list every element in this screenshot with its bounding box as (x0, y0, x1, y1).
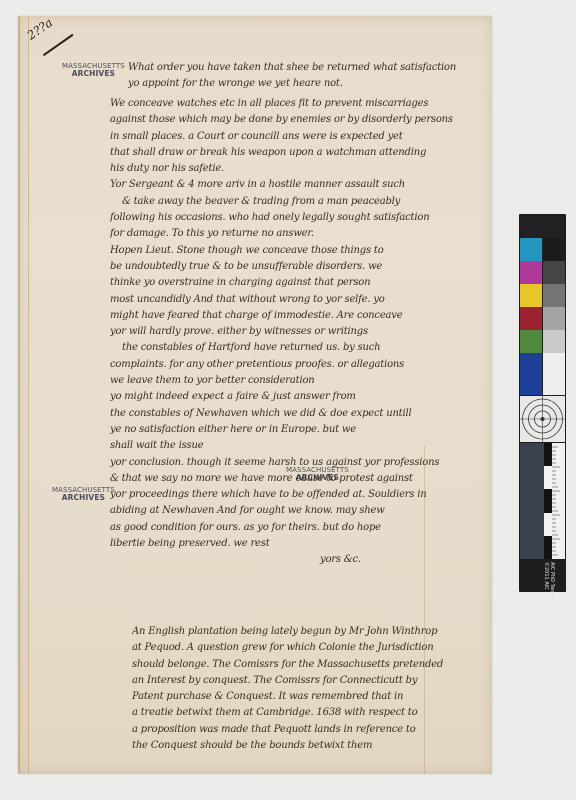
text-line: Yor Sergeant & 4 more ariv in a hostile … (110, 177, 485, 193)
gray-swatch-5 (543, 330, 565, 353)
text-line: an Interest by conquest. The Comissrs fo… (132, 673, 480, 689)
checker-scale (544, 443, 552, 559)
text-line: at Pequod. A question grew for which Col… (132, 640, 480, 656)
card-header-block (521, 216, 564, 238)
text-line: against those which may be done by enemi… (110, 112, 485, 128)
text-line: we leave them to yor better consideratio… (110, 373, 485, 389)
letter-body-continued: We conceave watches etc in all places fi… (110, 96, 485, 569)
text-line: Patent purchase & Conquest. It was remem… (132, 689, 480, 705)
color-calibration-target: AIC PhD Target ©2011 AIC (519, 214, 566, 592)
stamp-line2: ARCHIVES (62, 70, 125, 78)
text-line: a proposition was made that Pequott land… (132, 722, 480, 738)
text-line: libertie being preserved. we rest (110, 536, 485, 552)
mm-ruler (552, 443, 565, 559)
text-line: & take away the beaver & trading from a … (110, 194, 485, 210)
target-label-line1: AIC PhD Target (549, 562, 555, 599)
text-line: a treatie betwixt them at Cambridge. 163… (132, 705, 480, 721)
target-label: AIC PhD Target ©2011 AIC (543, 562, 555, 599)
text-line: should belonge. The Comissrs for the Mas… (132, 657, 480, 673)
archive-stamp-top: MASSACHUSETTS ARCHIVES (62, 62, 125, 78)
text-line: the Conquest should be the bounds betwix… (132, 738, 480, 754)
text-line: the constables of Newhaven which we did … (110, 406, 485, 422)
letter-body: What order you have taken that shee be r… (128, 60, 478, 93)
text-line: & that we say no more we have more cause… (110, 471, 485, 487)
text-line: might have feared that charge of immodes… (110, 308, 485, 324)
gray-swatch-1 (543, 238, 565, 261)
text-line: abiding at Newhaven And for ought we kno… (110, 503, 485, 519)
closing-signoff: yors &c. (110, 552, 485, 568)
endorsement-note: An English plantation being lately begun… (132, 624, 480, 754)
focus-target-icon (520, 396, 565, 442)
text-line: following his occasions. who had onely l… (110, 210, 485, 226)
text-line: thinke yo overstraine in charging agains… (110, 275, 485, 291)
gray-swatch-2 (543, 261, 565, 284)
swatch-blue (520, 353, 542, 395)
text-line: yo appoint for the wronge we yet heare n… (128, 76, 478, 92)
archive-stamp-left: MASSACHUSETTS ARCHIVES (52, 486, 115, 502)
dark-reference-strip (520, 443, 544, 559)
text-line: complaints. for any other pretentious pr… (110, 357, 485, 373)
text-line: Hopen Lieut. Stone though we conceave th… (110, 243, 485, 259)
text-line: shall wait the issue (110, 438, 485, 454)
text-line: yor will hardly prove. either by witness… (110, 324, 485, 340)
swatch-cyan (520, 238, 542, 261)
text-line: most uncandidly And that without wrong t… (110, 292, 485, 308)
gray-swatch-3 (543, 284, 565, 307)
text-line: yor proceedings there which have to be o… (110, 487, 485, 503)
text-line: We conceave watches etc in all places fi… (110, 96, 485, 112)
text-line: that shall draw or break his weapon upon… (110, 145, 485, 161)
stamp-line2: ARCHIVES (52, 494, 115, 502)
text-line: An English plantation being lately begun… (132, 624, 480, 640)
text-line: for damage. To this yo returne no answer… (110, 226, 485, 242)
text-line: What order you have taken that shee be r… (128, 60, 478, 76)
text-line: as good condition for ours. as yo for th… (110, 520, 485, 536)
swatch-green (520, 330, 542, 353)
text-line: yor conclusion. though it seeme harsh to… (110, 455, 485, 471)
text-line: ye no satisfaction either here or in Eur… (110, 422, 485, 438)
swatch-yellow (520, 284, 542, 307)
gray-swatch-6 (543, 353, 565, 395)
swatch-red (520, 307, 542, 330)
text-line: the constables of Hartford have returned… (110, 340, 485, 356)
swatch-magenta (520, 261, 542, 284)
text-line: in small places. a Court or councill ans… (110, 129, 485, 145)
text-line: his duty nor his safetie. (110, 161, 485, 177)
text-line: be undoubtedly true & to be unsufferable… (110, 259, 485, 275)
text-line: yo might indeed expect a faire & just an… (110, 389, 485, 405)
gray-swatch-4 (543, 307, 565, 330)
